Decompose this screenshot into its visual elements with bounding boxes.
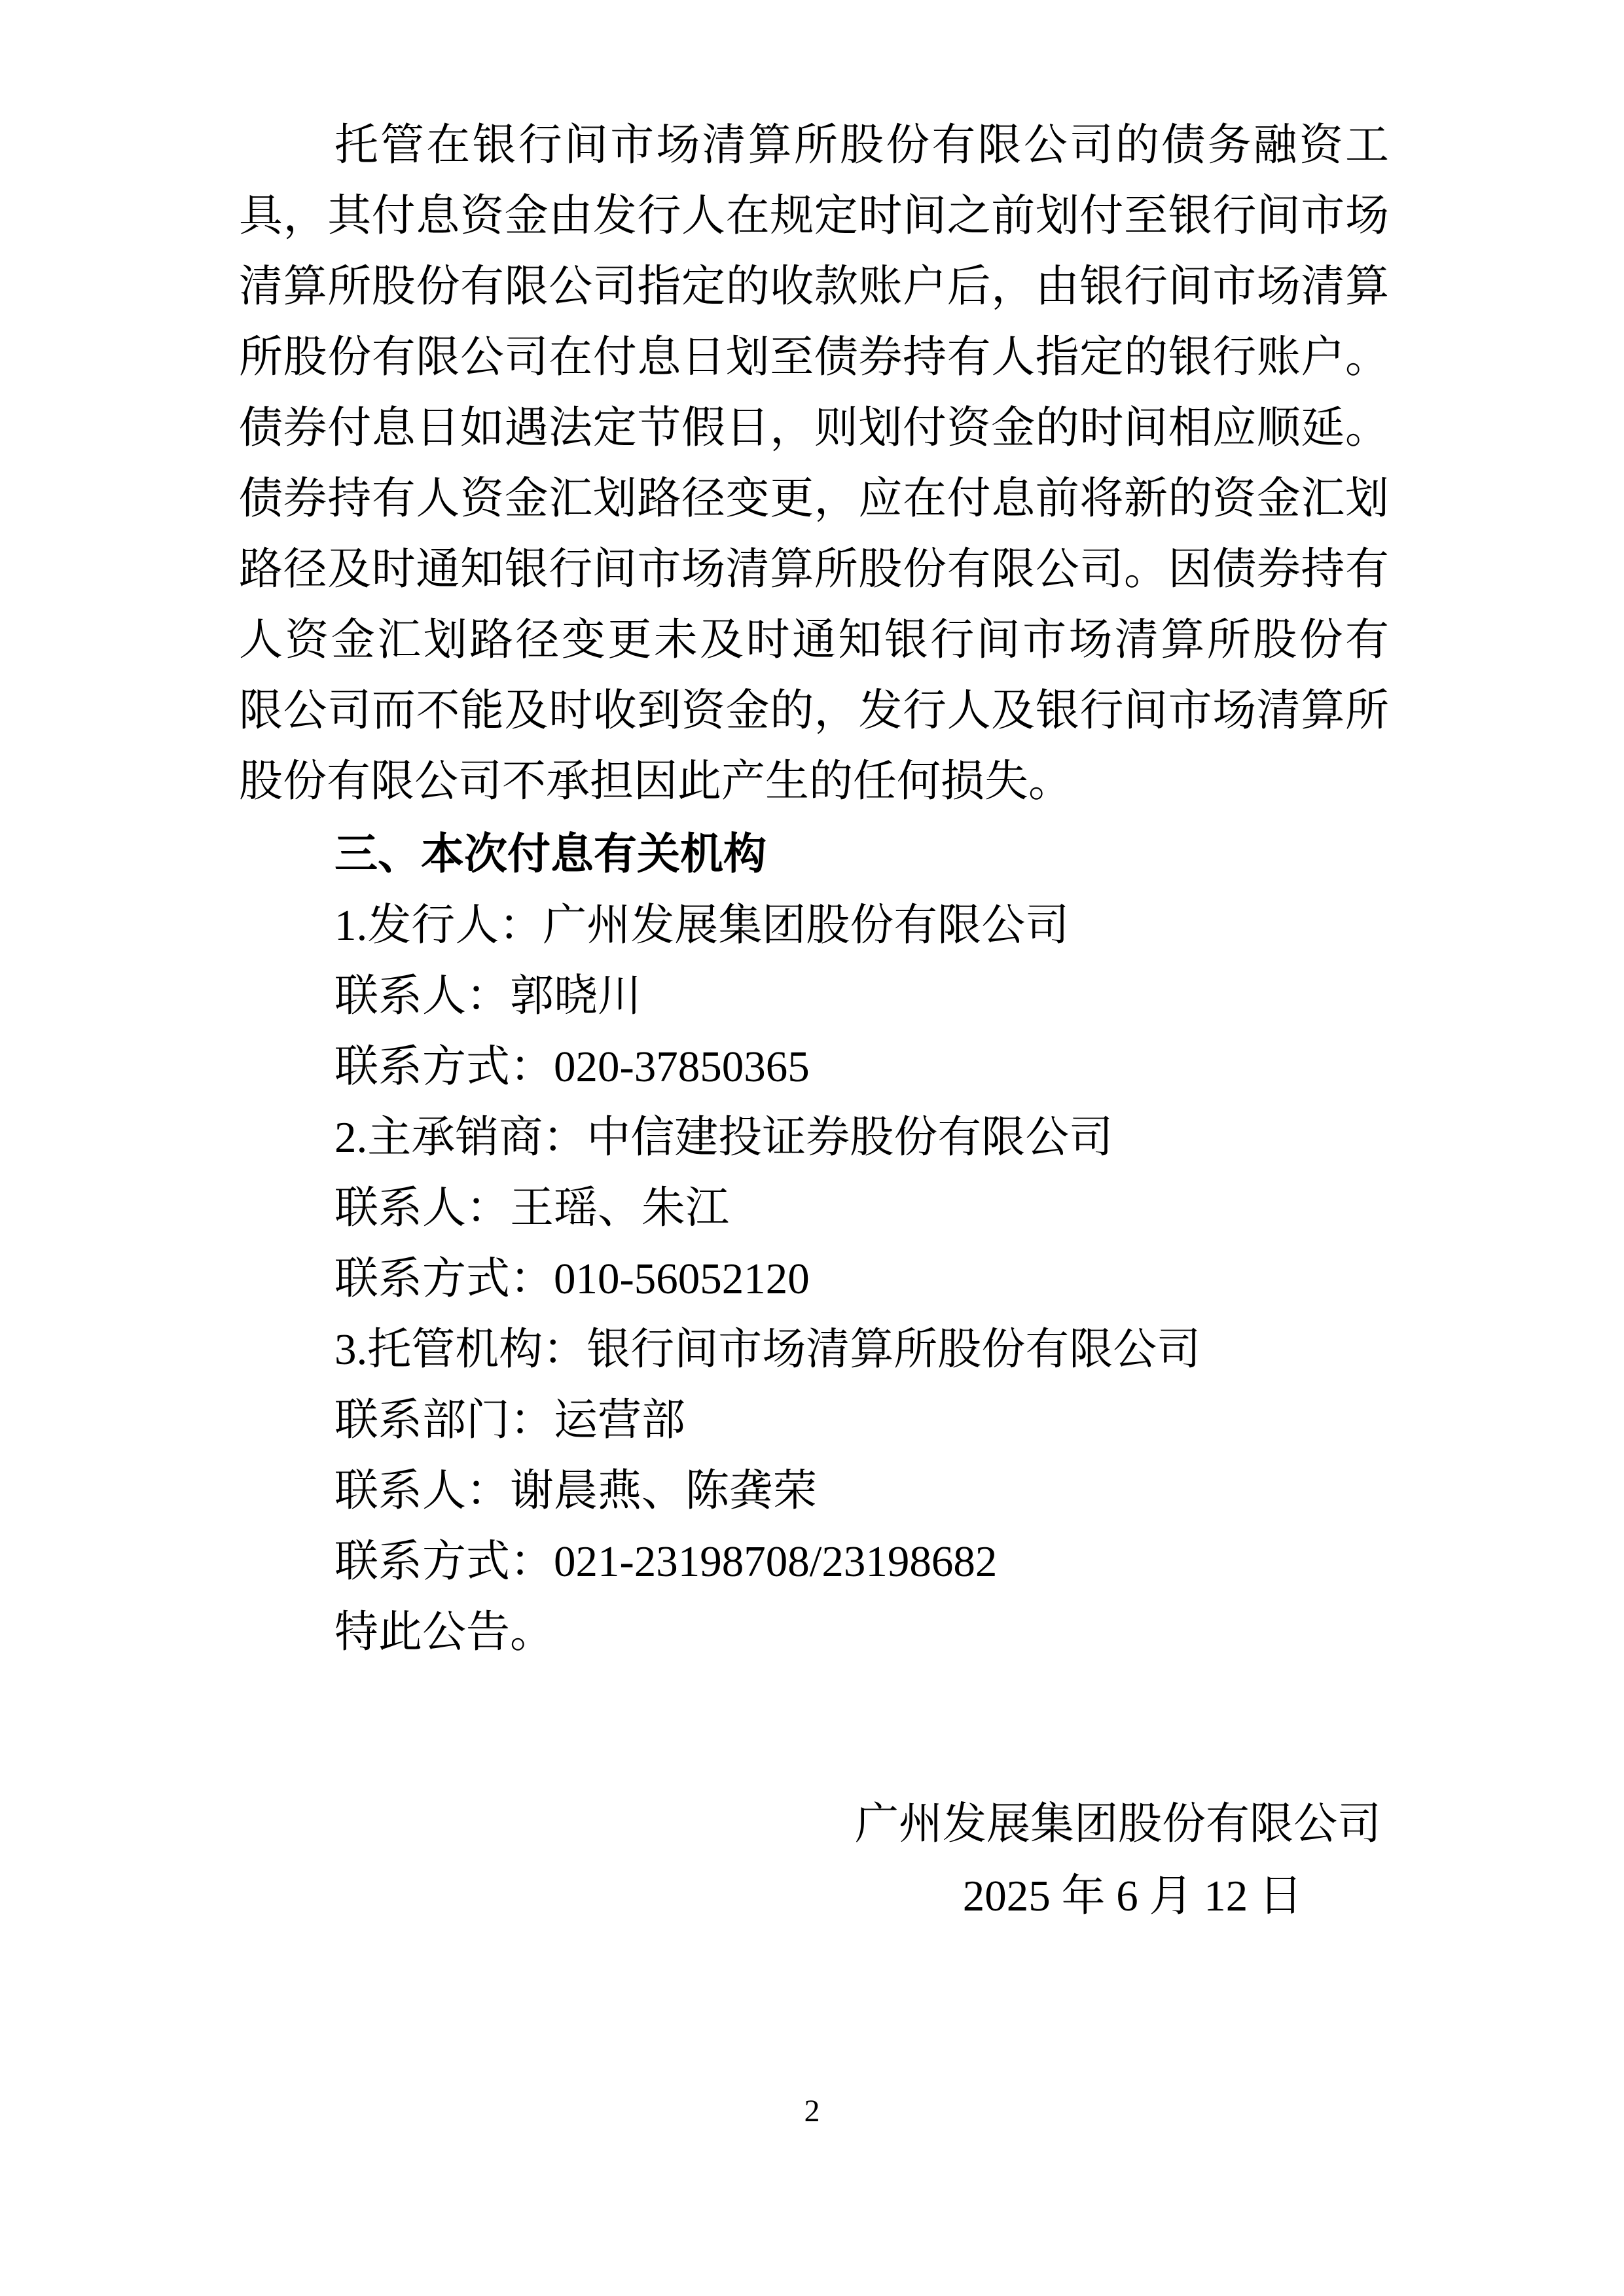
closing-statement: 特此公告。 <box>239 1597 1389 1668</box>
section-heading: 三、本次付息有关机构 <box>239 817 1389 890</box>
signature-block: 广州发展集团股份有限公司 2025 年 6 月 12 日 <box>239 1788 1389 1932</box>
contact-line-person: 联系人：谢晨燕、陈龚荣 <box>239 1456 1389 1526</box>
contact-list: 1.发行人：广州发展集团股份有限公司 联系人：郭晓川 联系方式：020-3785… <box>239 890 1389 1597</box>
paragraph-line: 债券持有人资金汇划路径变更，应在付息前将新的资金汇划 <box>239 463 1389 534</box>
contact-line-issuer: 1.发行人：广州发展集团股份有限公司 <box>239 890 1389 961</box>
paragraph-line: 股份有限公司不承担因此产生的任何损失。 <box>239 746 1389 817</box>
contact-line-person: 联系人：王瑶、朱江 <box>239 1173 1389 1244</box>
contact-line-underwriter: 2.主承销商：中信建投证券股份有限公司 <box>239 1102 1389 1173</box>
paragraph-line: 托管在银行间市场清算所股份有限公司的债务融资工 <box>239 110 1389 181</box>
document-content: 托管在银行间市场清算所股份有限公司的债务融资工 具，其付息资金由发行人在规定时间… <box>239 110 1389 1932</box>
paragraph-line: 清算所股份有限公司指定的收款账户后，由银行间市场清算 <box>239 251 1389 322</box>
contact-line-phone: 联系方式：020-37850365 <box>239 1031 1389 1102</box>
contact-line-person: 联系人：郭晓川 <box>239 961 1389 1031</box>
contact-line-department: 联系部门：运营部 <box>239 1385 1389 1456</box>
page-number: 2 <box>0 2092 1624 2131</box>
paragraph-line: 路径及时通知银行间市场清算所股份有限公司。因债券持有 <box>239 534 1389 605</box>
document-page: 托管在银行间市场清算所股份有限公司的债务融资工 具，其付息资金由发行人在规定时间… <box>0 0 1624 2296</box>
signature-company: 广州发展集团股份有限公司 <box>239 1788 1389 1860</box>
contact-line-phone: 联系方式：010-56052120 <box>239 1244 1389 1314</box>
body-paragraph: 托管在银行间市场清算所股份有限公司的债务融资工 具，其付息资金由发行人在规定时间… <box>239 110 1389 817</box>
paragraph-line: 所股份有限公司在付息日划至债券持有人指定的银行账户。 <box>239 322 1389 393</box>
contact-line-phone: 联系方式：021-23198708/23198682 <box>239 1526 1389 1597</box>
contact-line-custodian: 3.托管机构：银行间市场清算所股份有限公司 <box>239 1314 1389 1385</box>
paragraph-line: 具，其付息资金由发行人在规定时间之前划付至银行间市场 <box>239 181 1389 251</box>
signature-date: 2025 年 6 月 12 日 <box>239 1860 1389 1932</box>
paragraph-line: 限公司而不能及时收到资金的，发行人及银行间市场清算所 <box>239 675 1389 746</box>
paragraph-line: 人资金汇划路径变更未及时通知银行间市场清算所股份有 <box>239 605 1389 675</box>
paragraph-line: 债券付息日如遇法定节假日，则划付资金的时间相应顺延。 <box>239 393 1389 463</box>
